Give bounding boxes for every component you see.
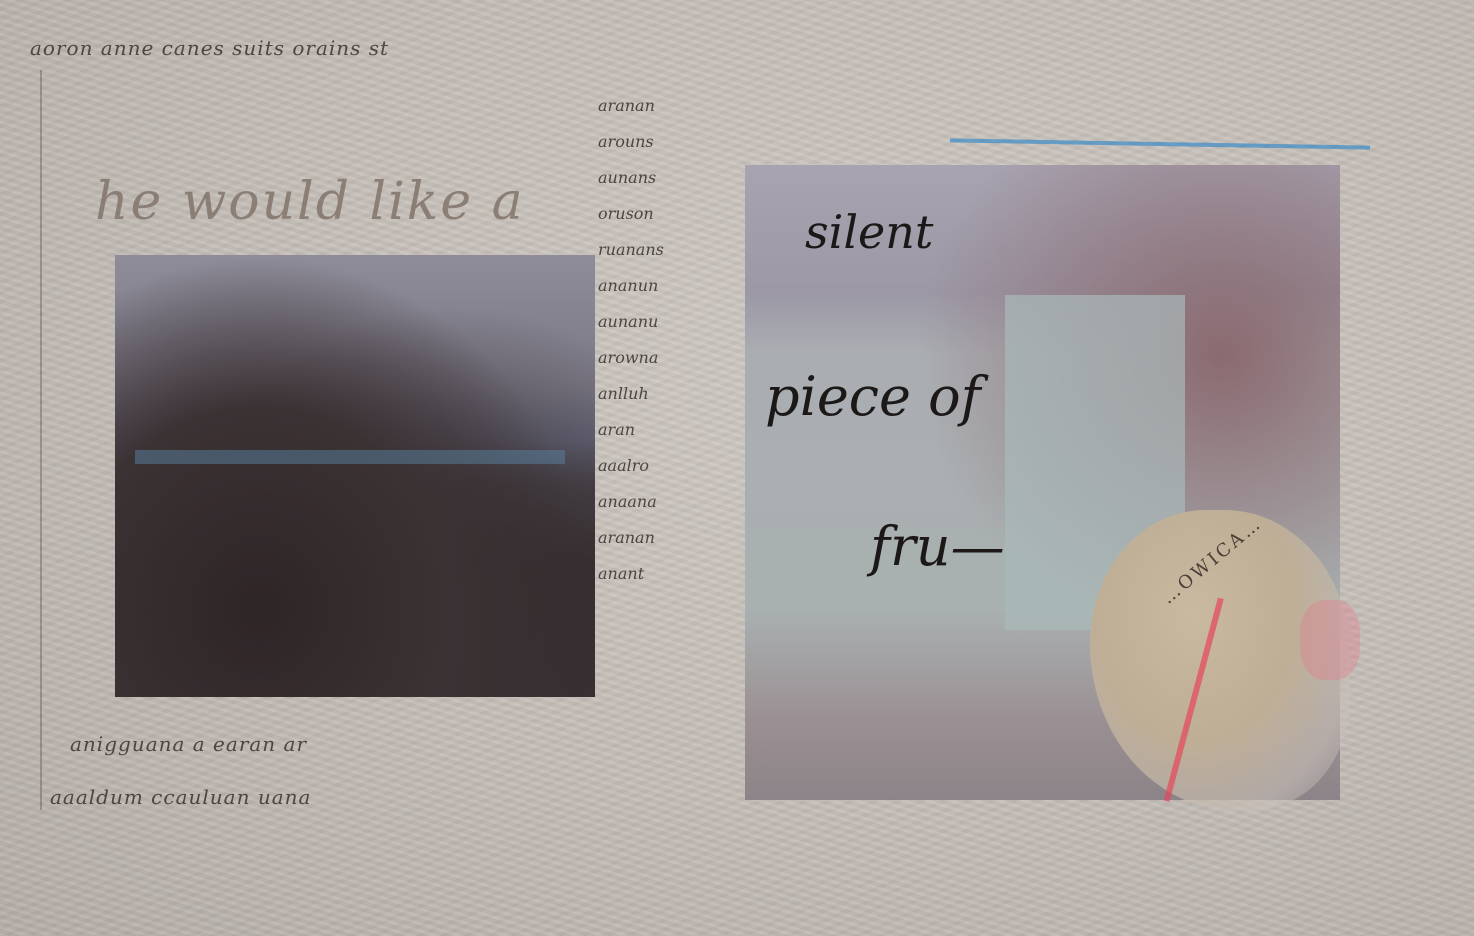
script-line: aranan [598, 88, 758, 124]
frame-line-left [40, 70, 42, 810]
script-line: oruson [598, 196, 758, 232]
bottom-script-line-1: anigguana a earan ar [70, 732, 307, 756]
word-silent: silent [805, 205, 933, 259]
script-line: anlluh [598, 376, 758, 412]
faded-heading: he would like a [95, 172, 525, 232]
script-line: anant [598, 556, 758, 592]
script-column: aranan arouns aunans oruson ruanans anan… [598, 88, 758, 592]
stamp-text: …OWICA… [1158, 513, 1267, 609]
script-line: arowna [598, 340, 758, 376]
left-photo-panel [115, 255, 595, 697]
bottom-script-line-2: aaaldum ccauluan uana [50, 785, 311, 809]
script-line: aaalro [598, 448, 758, 484]
script-line: ananun [598, 268, 758, 304]
script-line: anaana [598, 484, 758, 520]
script-line: arouns [598, 124, 758, 160]
top-script-line: aoron anne canes suits orains st [30, 36, 389, 60]
script-line: aranan [598, 520, 758, 556]
pink-smudge [1300, 600, 1360, 680]
script-line: aran [598, 412, 758, 448]
script-line: aunanu [598, 304, 758, 340]
word-fru: fru— [870, 515, 1005, 578]
script-line: aunans [598, 160, 758, 196]
word-piece-of: piece of [765, 365, 981, 428]
blue-streak [135, 450, 565, 464]
script-line: ruanans [598, 232, 758, 268]
